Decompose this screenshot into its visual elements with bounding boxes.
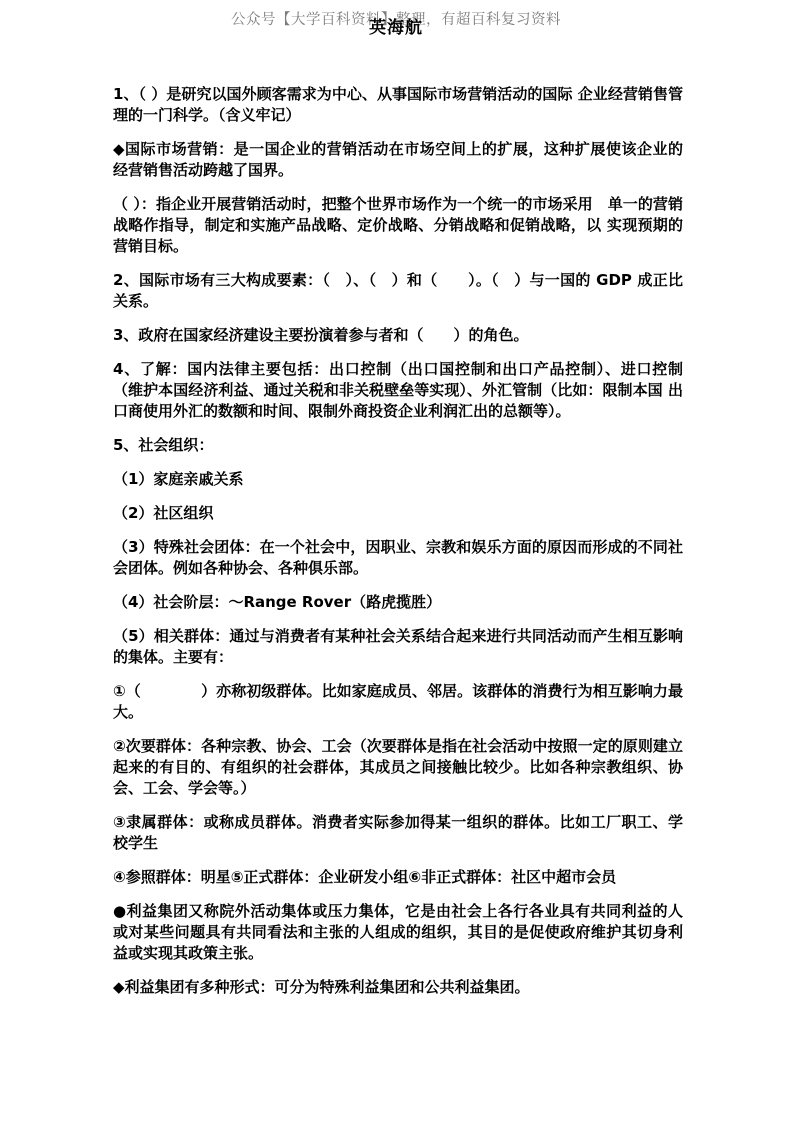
paragraph: ④参照群体：明星⑤正式群体：企业研发小组⑥非正式群体：社区中超市会员 <box>113 867 683 888</box>
paragraph: ◆国际市场营销：是一国企业的营销活动在市场空间上的扩展，这种扩展使该企业的 经营… <box>113 139 683 181</box>
document-body: 1、（ ）是研究以国外顾客需求为中心、从事国际市场营销活动的国际 企业经营销售管… <box>113 84 683 1011</box>
paragraph: ①（ ）亦称初级群体。比如家庭成员、邻居。该群体的消费行为相互影响力最大。 <box>113 681 683 723</box>
paragraph: 4、了解：国内法律主要包括：出口控制（出口国控制和出口产品控制）、进口控制（维护… <box>113 359 683 422</box>
paragraph: （2）社区组织 <box>113 503 683 524</box>
paragraph: （1）家庭亲戚关系 <box>113 469 683 490</box>
paragraph: 3、政府在国家经济建设主要扮演着参与者和（ ）的角色。 <box>113 325 683 346</box>
paragraph: 2、国际市场有三大构成要素：（ ）、（ ）和（ ）。（ ）与一国的 GDP 成正… <box>113 270 683 312</box>
paragraph: （4）社会阶层：～Range Rover（路虎揽胜） <box>113 592 683 613</box>
paragraph: ●利益集团又称院外活动集体或压力集体，它是由社会上各行各业具有共同利益的人 或对… <box>113 901 683 964</box>
paragraph: （5）相关群体：通过与消费者有某种社会关系结合起来进行共同活动而产生相互影响 的… <box>113 626 683 668</box>
paragraph: ③隶属群体：或称成员群体。消费者实际参加得某一组织的群体。比如工厂职工、学 校学… <box>113 812 683 854</box>
watermark-author-name: 英海航 <box>369 13 423 38</box>
paragraph: ②次要群体：各种宗教、协会、工会（次要群体是指在社会活动中按照一定的原则建立起来… <box>113 736 683 799</box>
paragraph: （ ）：指企业开展营销活动时，把整个世界市场作为一个统一的市场采用 单一的营销战… <box>113 194 683 257</box>
paragraph: ◆利益集团有多种形式：可分为特殊利益集团和公共利益集团。 <box>113 977 683 998</box>
paragraph: 1、（ ）是研究以国外顾客需求为中心、从事国际市场营销活动的国际 企业经营销售管… <box>113 84 683 126</box>
paragraph: （3）特殊社会团体：在一个社会中，因职业、宗教和娱乐方面的原因而形成的不同社 会… <box>113 537 683 579</box>
document-page: 公众号【大学百科资料】整理，有超百科复习资料 英海航 1、（ ）是研究以国外顾客… <box>0 0 792 1122</box>
paragraph: 5、社会组织： <box>113 435 683 456</box>
